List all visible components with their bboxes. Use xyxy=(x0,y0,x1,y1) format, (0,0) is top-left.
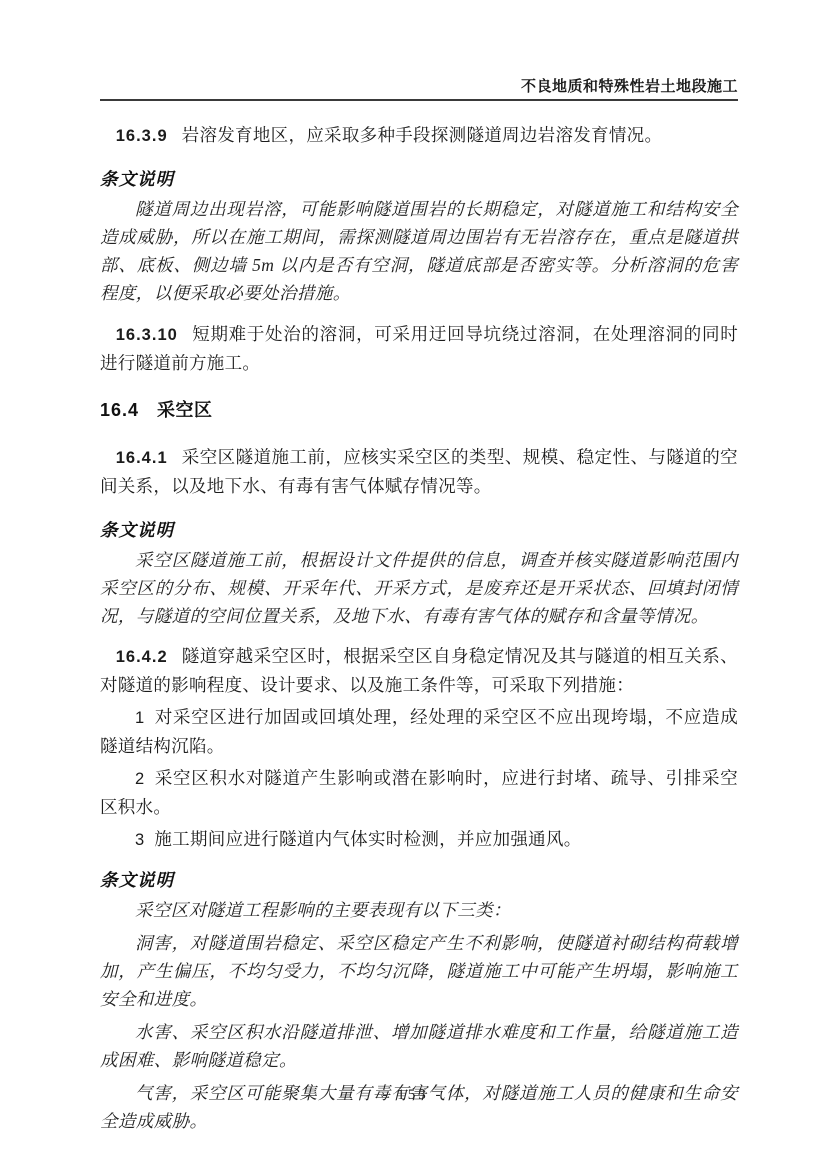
commentary-block-1: 条文说明 隧道周边出现岩溶，可能影响隧道围岩的长期稳定，对隧道施工和结构安全造成… xyxy=(100,165,738,307)
header-rule xyxy=(100,99,738,101)
clause-16-3-10: 16.3.10短期难于处治的溶洞，可采用迂回导坑绕过溶洞，在处理溶洞的同时进行隧… xyxy=(100,320,738,377)
page-header: 不良地质和特殊性岩土地段施工 xyxy=(100,78,738,101)
commentary-3-paragraph-2: 洞害，对隧道围岩稳定、采空区稳定产生不利影响，使隧道衬砌结构荷载增加，产生偏压，… xyxy=(100,929,738,1013)
clause-16-4-2-number: 16.4.2 xyxy=(116,648,168,666)
item-1-number: 1 xyxy=(135,709,144,727)
commentary-1-paragraph-1: 隧道周边出现岩溶，可能影响隧道围岩的长期稳定，对隧道施工和结构安全造成威胁，所以… xyxy=(100,195,738,307)
section-heading-16-4: 16.4采空区 xyxy=(100,396,738,424)
page-footer: - 153 - xyxy=(0,1086,826,1104)
commentary-label-1: 条文说明 xyxy=(100,165,738,193)
clause-16-4-2-text: 隧道穿越采空区时，根据采空区自身稳定情况及其与隧道的相互关系、对隧道的影响程度、… xyxy=(100,646,738,695)
commentary-3-paragraph-3: 水害、采空区积水沿隧道排泄、增加隧道排水难度和工作量，给隧道施工造成困难、影响隧… xyxy=(100,1018,738,1074)
commentary-label-3: 条文说明 xyxy=(100,866,738,894)
item-2-number: 2 xyxy=(135,770,144,788)
clause-16-3-9-number: 16.3.9 xyxy=(116,127,168,145)
item-2-text: 采空区积水对隧道产生影响或潜在影响时，应进行封堵、疏导、引排采空区积水。 xyxy=(100,768,738,817)
commentary-label-2: 条文说明 xyxy=(100,516,738,544)
commentary-block-2: 条文说明 采空区隧道施工前，根据设计文件提供的信息，调查并核实隧道影响范围内采空… xyxy=(100,516,738,630)
clause-16-4-2-item-3: 3施工期间应进行隧道内气体实时检测，并应加强通风。 xyxy=(100,825,738,854)
clause-16-4-2-item-1: 1对采空区进行加固或回填处理，经处理的采空区不应出现垮塌，不应造成隧道结构沉陷。 xyxy=(100,703,738,760)
clause-16-3-9-text: 岩溶发育地区，应采取多种手段探测隧道周边岩溶发育情况。 xyxy=(182,125,663,145)
running-head-title: 不良地质和特殊性岩土地段施工 xyxy=(100,78,738,96)
page-number: - 153 - xyxy=(383,1087,444,1103)
clause-16-4-2-item-2: 2采空区积水对隧道产生影响或潜在影响时，应进行封堵、疏导、引排采空区积水。 xyxy=(100,764,738,821)
clause-16-4-1-text: 采空区隧道施工前，应核实采空区的类型、规模、稳定性、与隧道的空间关系，以及地下水… xyxy=(100,447,738,496)
commentary-2-paragraph-1: 采空区隧道施工前，根据设计文件提供的信息，调查并核实隧道影响范围内采空区的分布、… xyxy=(100,546,738,630)
item-3-number: 3 xyxy=(135,831,144,849)
item-1-text: 对采空区进行加固或回填处理，经处理的采空区不应出现垮塌，不应造成隧道结构沉陷。 xyxy=(100,707,738,756)
clause-16-3-10-text: 短期难于处治的溶洞，可采用迂回导坑绕过溶洞，在处理溶洞的同时进行隧道前方施工。 xyxy=(100,324,738,373)
item-3-text: 施工期间应进行隧道内气体实时检测，并应加强通风。 xyxy=(154,829,581,849)
commentary-3-paragraph-1: 采空区对隧道工程影响的主要表现有以下三类： xyxy=(100,896,738,924)
clause-16-4-2: 16.4.2隧道穿越采空区时，根据采空区自身稳定情况及其与隧道的相互关系、对隧道… xyxy=(100,642,738,699)
document-page: 不良地质和特殊性岩土地段施工 16.3.9岩溶发育地区，应采取多种手段探测隧道周… xyxy=(0,0,826,1169)
section-heading-number: 16.4 xyxy=(100,400,139,420)
clause-16-4-1: 16.4.1采空区隧道施工前，应核实采空区的类型、规模、稳定性、与隧道的空间关系… xyxy=(100,443,738,500)
clause-16-3-10-number: 16.3.10 xyxy=(116,326,178,344)
document-content: 16.3.9岩溶发育地区，应采取多种手段探测隧道周边岩溶发育情况。 条文说明 隧… xyxy=(100,121,738,1135)
section-heading-title: 采空区 xyxy=(157,400,213,420)
clause-16-3-9: 16.3.9岩溶发育地区，应采取多种手段探测隧道周边岩溶发育情况。 xyxy=(100,121,738,150)
clause-16-4-1-number: 16.4.1 xyxy=(116,449,168,467)
